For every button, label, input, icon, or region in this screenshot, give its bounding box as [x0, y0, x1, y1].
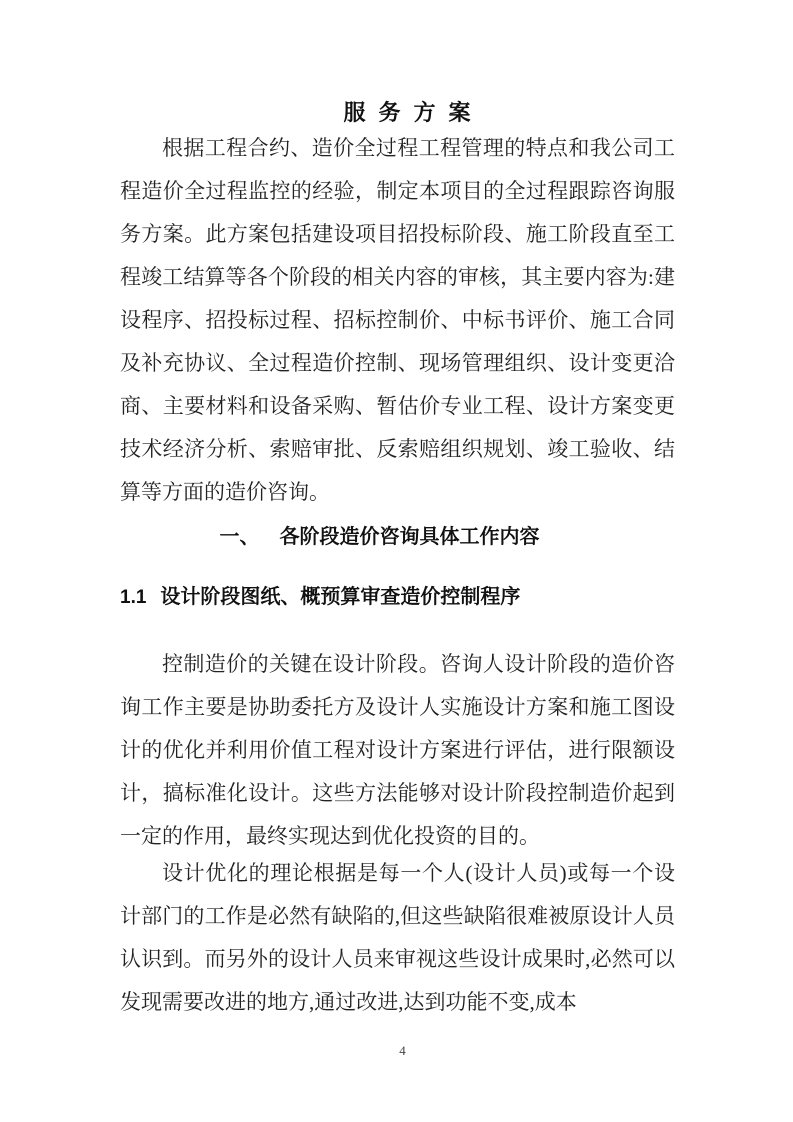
- intro-paragraph: 根据工程合约、造价全过程工程管理的特点和我公司工程造价全过程监控的经验，制定本项…: [120, 127, 675, 514]
- section-heading-label: 各阶段造价咨询具体工作内容: [280, 526, 540, 548]
- document-title: 服务方案: [120, 99, 675, 127]
- document-page: 服务方案 根据工程合约、造价全过程工程管理的特点和我公司工程造价全过程监控的经验…: [0, 0, 793, 1122]
- section-heading-number: 一、: [220, 526, 260, 548]
- page-number: 4: [399, 1043, 406, 1058]
- section-heading: 一、各阶段造价咨询具体工作内容: [120, 523, 675, 551]
- subsection-heading-label: 设计阶段图纸、概预算审查造价控制程序: [160, 586, 520, 608]
- document-content: 服务方案 根据工程合约、造价全过程工程管理的特点和我公司工程造价全过程监控的经验…: [0, 99, 793, 1024]
- page-footer: 4: [12, 1042, 793, 1060]
- design-stage-paragraph: 控制造价的关键在设计阶段。咨询人设计阶段的造价咨询工作主要是协助委托方及设计人实…: [120, 643, 675, 858]
- subsection-heading: 1.1设计阶段图纸、概预算审查造价控制程序: [120, 584, 675, 611]
- design-optimization-paragraph: 设计优化的理论根据是每一个人(设计人员)或每一个设计部门的工作是必然有缺陷的,但…: [120, 852, 675, 1024]
- subsection-heading-number: 1.1: [120, 587, 146, 608]
